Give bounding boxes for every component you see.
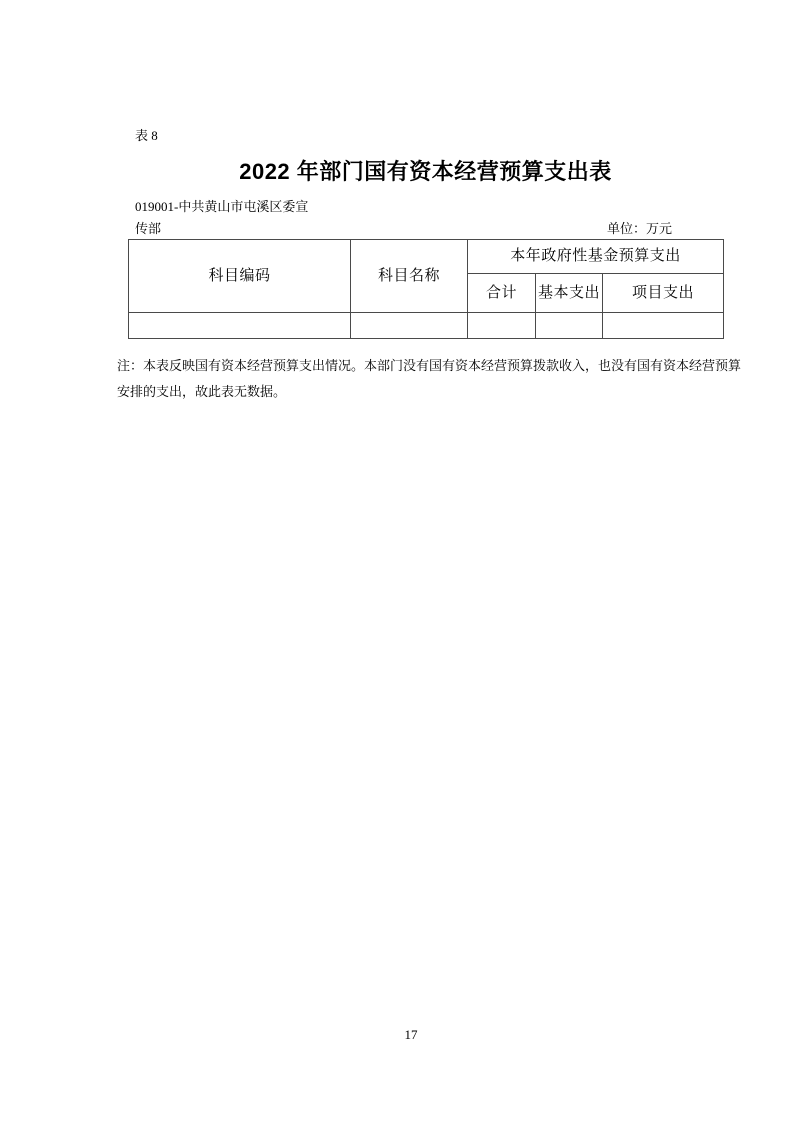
cell-subject-name bbox=[351, 313, 468, 339]
cell-total bbox=[468, 313, 536, 339]
table-note: 注：本表反映国有资本经营预算支出情况。本部门没有国有资本经营预算拨款收入，也没有… bbox=[117, 353, 741, 405]
table-header-row-1: 科目编码 科目名称 本年政府性基金预算支出 bbox=[129, 240, 724, 274]
col-header-basic-expenditure: 基本支出 bbox=[536, 274, 603, 313]
org-name-line2: 传部 bbox=[135, 218, 308, 240]
col-header-project-expenditure: 项目支出 bbox=[603, 274, 724, 313]
page-title: 2022 年部门国有资本经营预算支出表 bbox=[128, 157, 723, 187]
note-line1: 注：本表反映国有资本经营预算支出情况。本部门没有国有资本经营预算拨款收入，也没有… bbox=[117, 353, 741, 379]
col-header-total: 合计 bbox=[468, 274, 536, 313]
table-number-label: 表 8 bbox=[135, 127, 158, 144]
cell-subject-code bbox=[129, 313, 351, 339]
unit-label: 单位：万元 bbox=[607, 218, 672, 240]
col-header-subject-name: 科目名称 bbox=[351, 240, 468, 313]
note-line2: 安排的支出，故此表无数据。 bbox=[117, 379, 741, 405]
budget-expenditure-table: 科目编码 科目名称 本年政府性基金预算支出 合计 基本支出 项目支出 bbox=[128, 239, 724, 339]
org-name: 019001-中共黄山市屯溪区委宣 传部 bbox=[135, 196, 308, 240]
col-header-subject-code: 科目编码 bbox=[129, 240, 351, 313]
table-row bbox=[129, 313, 724, 339]
org-name-line1: 019001-中共黄山市屯溪区委宣 bbox=[135, 196, 308, 218]
cell-basic-expenditure bbox=[536, 313, 603, 339]
document-page: 表 8 2022 年部门国有资本经营预算支出表 019001-中共黄山市屯溪区委… bbox=[0, 0, 793, 1122]
cell-project-expenditure bbox=[603, 313, 724, 339]
col-header-fund-budget-group: 本年政府性基金预算支出 bbox=[468, 240, 724, 274]
page-number: 17 bbox=[128, 1026, 694, 1043]
